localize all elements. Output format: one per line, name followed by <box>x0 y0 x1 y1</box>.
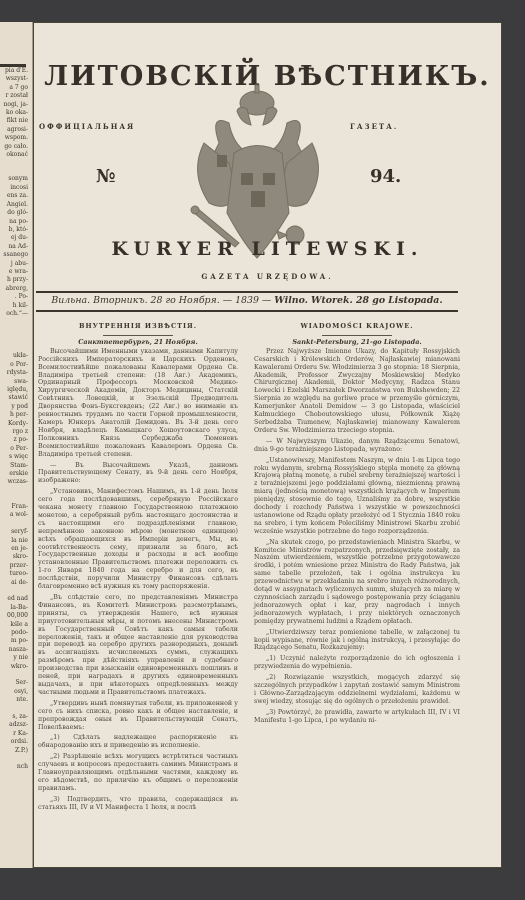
article-paragraph: „3) Подтвердить, что правила, содержащія… <box>38 796 238 812</box>
facing-page-line: e wra- <box>0 268 32 276</box>
facing-page-line: agrosi- <box>0 126 32 134</box>
facing-page-line: Angiel. <box>0 201 32 209</box>
masthead-subtitle-polish: GAZETA URZĘDOWA. <box>34 272 501 281</box>
facing-page-line: la nie <box>0 537 32 545</box>
dateline-rule-top <box>36 291 458 293</box>
facing-page-line: r został <box>0 92 32 100</box>
facing-page-line: 00,000 <box>0 612 32 620</box>
facing-page-line: wszyst- <box>0 75 32 83</box>
facing-page-line: rgo z <box>0 428 32 436</box>
article-paragraph: „Na skutek czego, po przedstawieniach Mi… <box>254 539 460 626</box>
facing-page-line: Stam- <box>0 462 32 470</box>
facing-page-line: swa- <box>0 378 32 386</box>
dateline-polish-day: Wtorek. 28 go <box>311 295 385 306</box>
article-paragraph: „Ustanowiwszy, Manifestem Naszym, w dniu… <box>254 457 460 536</box>
article-paragraph: „2) Разрѣшеніе всѣхъ могущихъ встрѣтитьс… <box>38 753 238 793</box>
facing-page-line: och.“— <box>0 310 32 318</box>
facing-page-line: ej du- <box>0 234 32 242</box>
article-paragraph: „Въ слѣдствіе сего, по представленіямъ М… <box>38 594 238 697</box>
facing-page-line: na po- <box>0 218 32 226</box>
article-paragraph: — W Najwyższym Ukazie, danym Rządzącemu … <box>254 438 460 454</box>
dateline-russian: Вильна. Вторникъ. 28 го Ноября. <box>51 295 219 306</box>
article-paragraph: — Въ Высочайшемъ Указѣ, данномъ Правител… <box>38 462 238 486</box>
facing-page-line: ssanego <box>0 251 32 259</box>
facing-page-line: do gló- <box>0 209 32 217</box>
facing-page-line: . Po- <box>0 293 32 301</box>
facing-page-line: nasza- <box>0 646 32 654</box>
place-dateline-polish: Sankt-Petersburg, 21-go Listopada. <box>254 339 460 347</box>
facing-page-line: wczas- <box>0 478 32 486</box>
facing-page-line: j abu- <box>0 260 32 268</box>
facing-page-edge: pia d'E.wszyst-a 7 gor zostałnogi, ja-ko… <box>0 22 33 868</box>
facing-page-line: incosi <box>0 184 32 192</box>
facing-page-line: ai de- <box>0 579 32 587</box>
article-paragraph: Высочайшими Именными указами, данными Ка… <box>38 348 238 459</box>
facing-page-line: la-Ba- <box>0 604 32 612</box>
facing-page-line: a 7 go <box>0 84 32 92</box>
facing-page-line: m po- <box>0 637 32 645</box>
dateline-year: — 1839 — <box>223 295 272 306</box>
facing-page-line: sonym <box>0 175 32 183</box>
facing-page-line: Kordy- <box>0 420 32 428</box>
section-divider <box>322 335 392 336</box>
facing-page-line: y nie <box>0 654 32 662</box>
facing-page-line: podo- <box>0 629 32 637</box>
double-headed-eagle-icon <box>179 83 339 263</box>
facing-page-line: przer- <box>0 562 32 570</box>
facing-page-line: ukła- <box>0 352 32 360</box>
facing-page-line: o Por- <box>0 361 32 369</box>
facing-page-line: osyi, <box>0 688 32 696</box>
dateline-polish-month: Listopada. <box>388 295 443 306</box>
article-paragraph: „1) Uczynić należyte rozporządzenie do i… <box>254 655 460 671</box>
facing-page-line: tureo- <box>0 570 32 578</box>
section-title-polish: WIADOMOŚCI KRAJOWE. <box>254 323 460 331</box>
masthead-title-polish: KURYER LITEWSKI. <box>34 238 501 260</box>
facing-page-line: ko oka- <box>0 109 32 117</box>
facing-page-line: seryf- <box>0 528 32 536</box>
facing-page-line: kśle a <box>0 621 32 629</box>
facing-page-line: a wol- <box>0 511 32 519</box>
facing-page-line: fikt nie <box>0 117 32 125</box>
section-title-russian: ВНУТРЕННІЯ ИЗВѢСТІЯ. <box>38 323 238 331</box>
facing-page-line: en je- <box>0 545 32 553</box>
facing-page-line: skro- <box>0 553 32 561</box>
dateline-rule-bottom <box>36 310 458 312</box>
facing-page-line <box>0 671 32 679</box>
facing-page-line: okonać <box>0 151 32 159</box>
issue-number-value: 94. <box>370 166 401 187</box>
facing-page-line <box>0 520 32 528</box>
facing-page-line: wspom. <box>0 134 32 142</box>
facing-page-line <box>0 705 32 713</box>
facing-page-line: ens za. <box>0 192 32 200</box>
article-paragraph: „Утвердивъ нынѣ помянутыя табели, въ при… <box>38 700 238 732</box>
facing-page-line: stawić <box>0 394 32 402</box>
facing-page-line <box>0 755 32 763</box>
facing-page-line: h przy- <box>0 276 32 284</box>
facing-page-line: nch <box>0 763 32 771</box>
column-polish: WIADOMOŚCI KRAJOWE. Sankt-Petersburg, 21… <box>254 323 460 728</box>
dateline-polish-city: Wilno. <box>274 295 308 306</box>
facing-page-line: nte. <box>0 696 32 704</box>
issue-number-label: № <box>96 166 116 187</box>
facing-page-line: h kil- <box>0 302 32 310</box>
facing-page-line: b, któ- <box>0 226 32 234</box>
facing-page-line: wkro- <box>0 663 32 671</box>
facing-page-line: iględu, <box>0 386 32 394</box>
facing-page-text-mid: sonymincosiens za.Angiel.do gló-na po-b,… <box>0 175 32 318</box>
facing-page-text-bottom: Fran-a wol- seryf-la nieen je-skro-przer… <box>0 503 32 772</box>
column-russian: ВНУТРЕННІЯ ИЗВѢСТІЯ. Санктпетербургъ, 21… <box>38 323 238 815</box>
article-paragraph: „3) Powtórzyć, że prawidła, zawarte w ar… <box>254 709 460 725</box>
section-divider <box>103 335 173 336</box>
facing-page-line: erskie <box>0 470 32 478</box>
facing-page-line: y pod <box>0 403 32 411</box>
article-paragraph: „Установивъ, Манифестомъ Нашимъ, въ 1-й … <box>38 488 238 591</box>
facing-page-line: nogi, ja- <box>0 101 32 109</box>
masthead-subtitle-left: ОФФИЦІАЛЬНАЯ <box>39 122 135 131</box>
article-paragraph: „Utwierdziwszy teraz pomienione tabelle,… <box>254 629 460 653</box>
facing-page-line: Fran- <box>0 503 32 511</box>
facing-page-line: rdysta- <box>0 369 32 377</box>
article-paragraph: „2) Rozwiązanie wszystkich, mogących zda… <box>254 674 460 706</box>
dateline: Вильна. Вторникъ. 28 го Ноября. — 1839 —… <box>36 295 458 306</box>
article-paragraph: „1) Сдѣлать надлежащее распоряженіе къ о… <box>38 734 238 750</box>
facing-page-line: go cało. <box>0 143 32 151</box>
facing-page-text-top: pia d'E.wszyst-a 7 gor zostałnogi, ja-ko… <box>0 67 32 159</box>
facing-page-text-low: ukła-o Por-rdysta-swa-iględu,stawićy pod… <box>0 352 32 487</box>
facing-page-line: ed nad <box>0 595 32 603</box>
place-dateline-russian: Санктпетербургъ, 21 Ноября. <box>38 339 238 347</box>
facing-page-line: pia d'E. <box>0 67 32 75</box>
facing-page-line <box>0 587 32 595</box>
facing-page-line: Z.P.) <box>0 747 32 755</box>
newspaper-page: ЛИТОВСКІЙ ВѢСТНИКЪ. ОФФИЦІАЛЬНАЯ ГАЗЕТА.… <box>33 22 502 868</box>
facing-page-line: Ser- <box>0 679 32 687</box>
facing-page-line: abrerg, <box>0 285 32 293</box>
article-paragraph: Przez Najwyższe Imienne Ukazy, do Kapitu… <box>254 348 460 435</box>
facing-page-line: na Ad- <box>0 243 32 251</box>
facing-page-line: ordsi. <box>0 738 32 746</box>
facing-page-line: z po- <box>0 436 32 444</box>
masthead-subtitle-right: ГАЗЕТА. <box>350 122 398 131</box>
facing-page-line: o Per- <box>0 445 32 453</box>
facing-page-line: s więc <box>0 453 32 461</box>
facing-page-line: s, za- <box>0 713 32 721</box>
facing-page-line: h per- <box>0 411 32 419</box>
facing-page-line: r Ka- <box>0 730 32 738</box>
facing-page-line: adzsz- <box>0 721 32 729</box>
